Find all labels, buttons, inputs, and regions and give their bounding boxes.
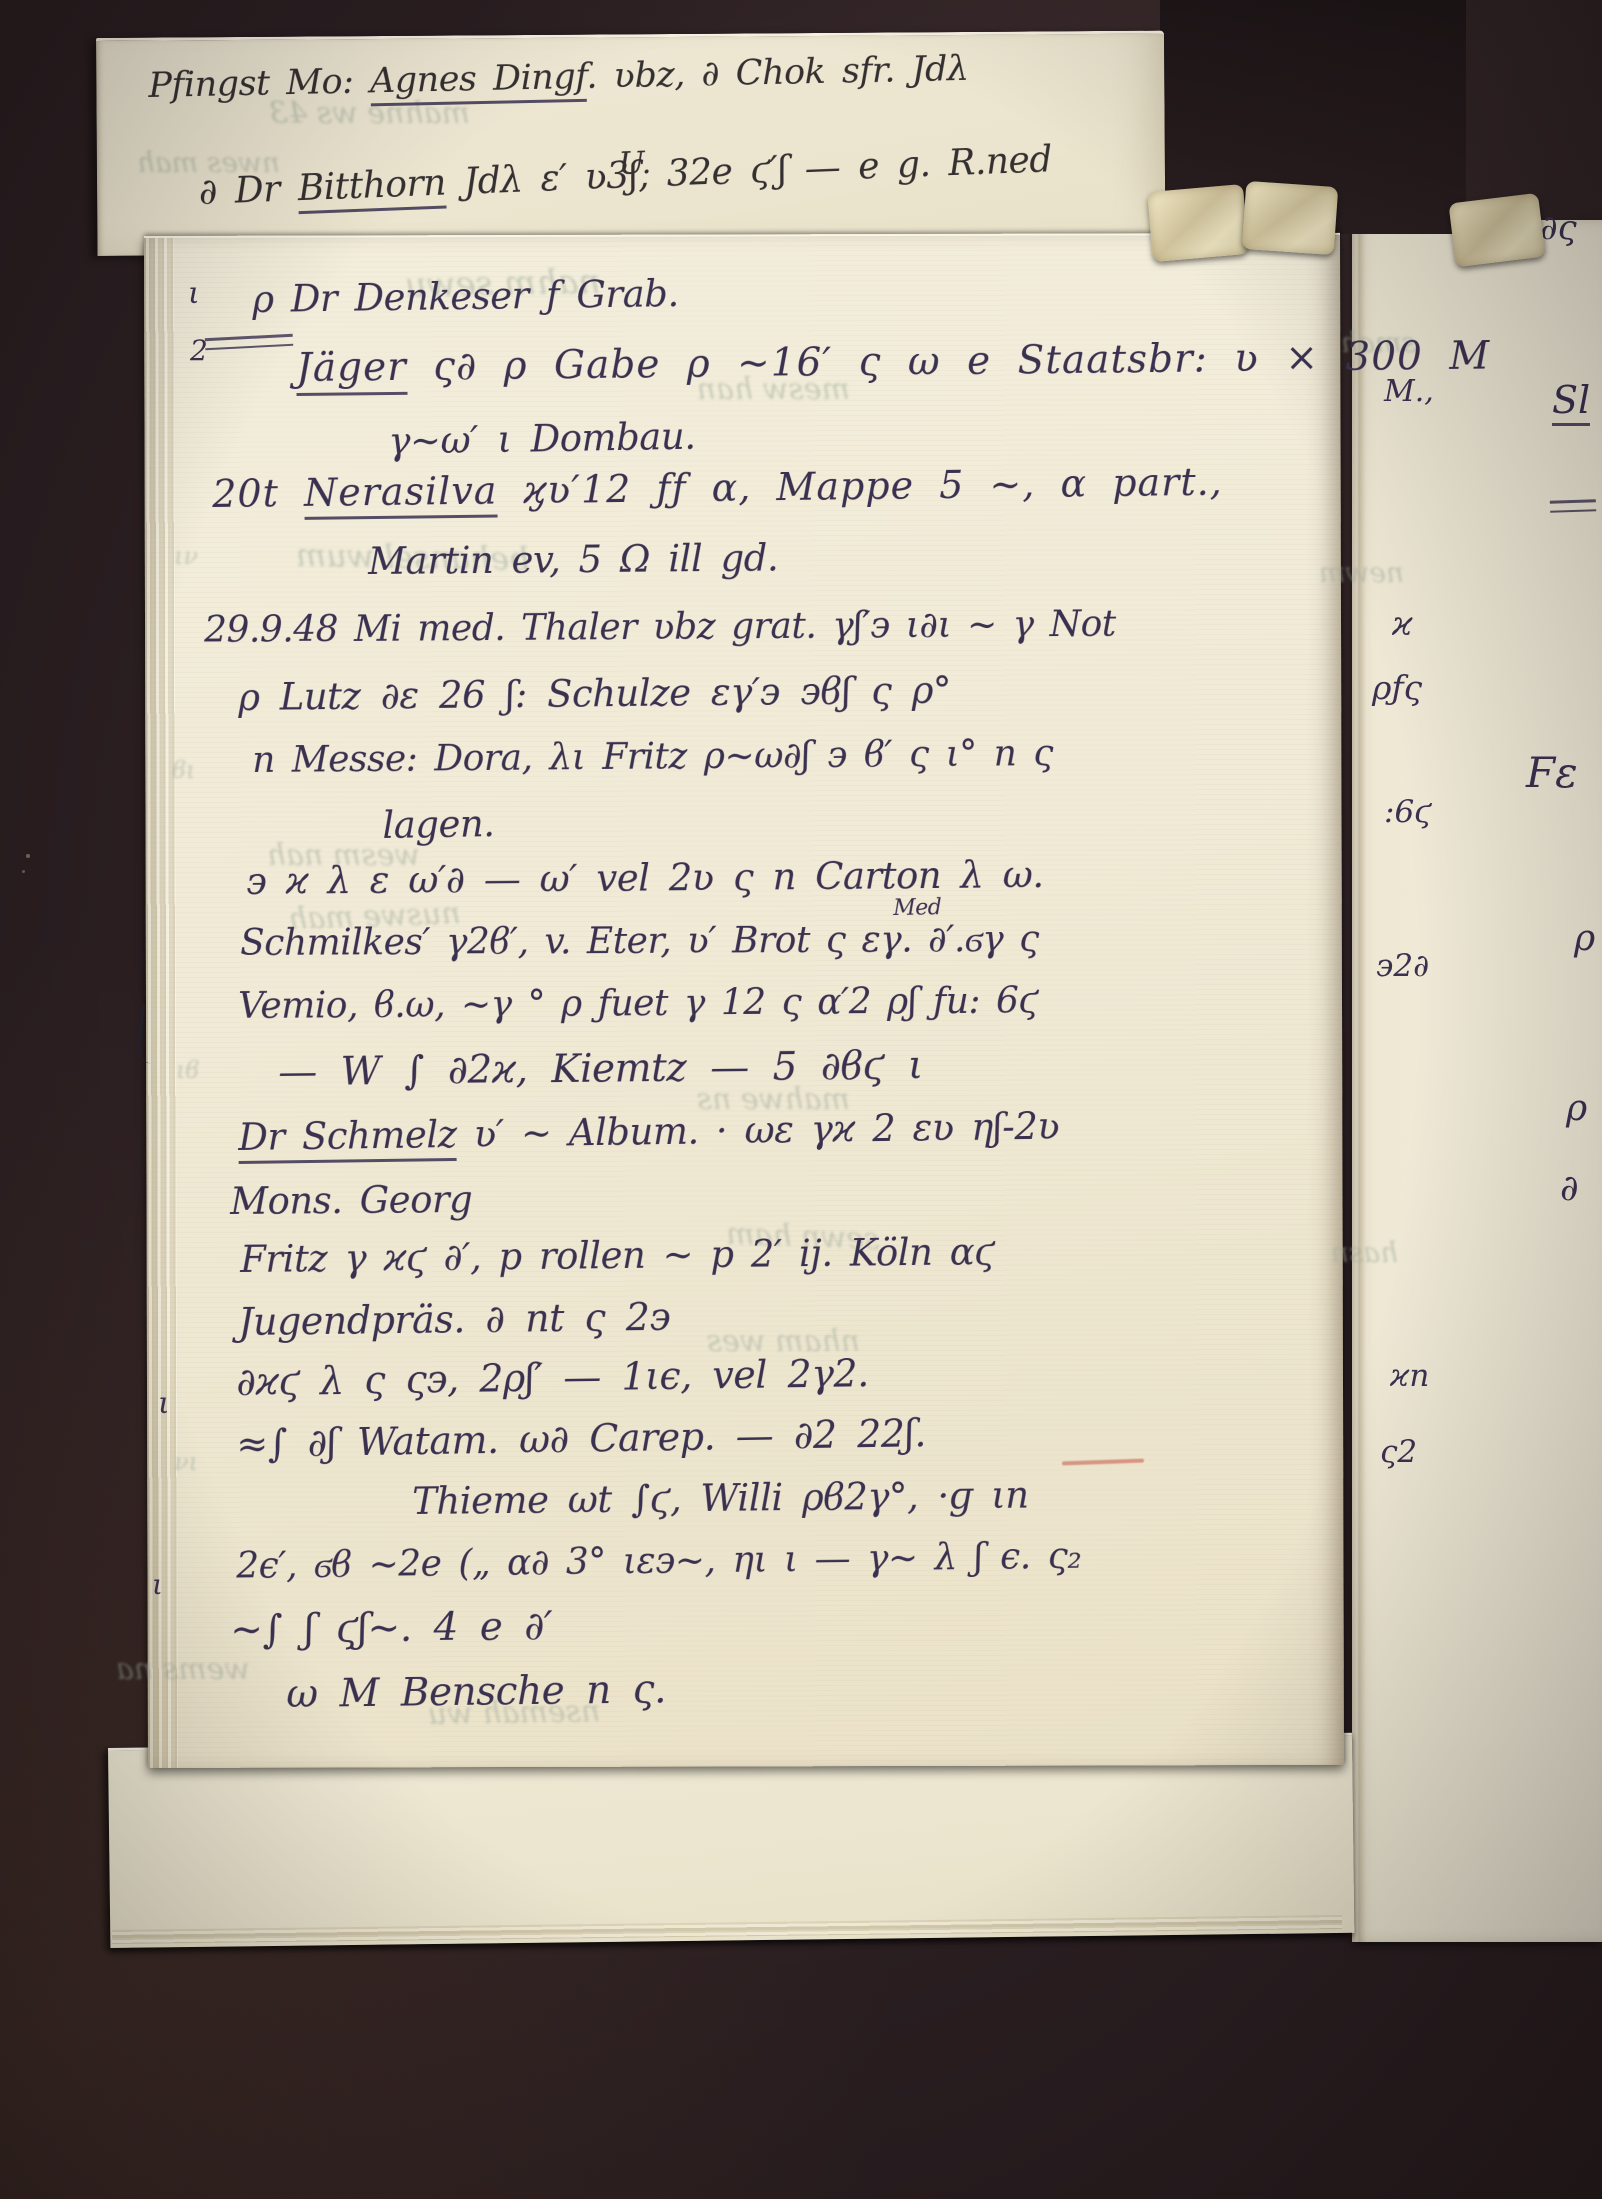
ghost-bleedthrough-text: ιν [174,542,198,570]
handwriting-line: ρ Dr Denkeser ƒ Grab. [252,272,679,321]
handwriting-line: ω M Bensche n ς. [286,1667,666,1717]
margin-mark: ι [188,276,199,311]
background-speck [26,854,30,858]
handwriting-line: Mons. Georg [230,1178,472,1223]
text-segment: ∂ϰϛ λ ς ς϶, 2ρʃ′ — 1ιϵ, vel 2γ2. [236,1351,869,1404]
underlined-text: Dr Schmelz [238,1113,457,1164]
handwriting-line: Fritz γ ϰϛ ∂′, p rollen ~ p 2′ ij. Köln … [240,1230,995,1281]
text-segment: 20t [212,471,304,516]
handwriting-fragment: Ϝε [1526,748,1578,797]
handwriting-fragment: ϰ [1392,604,1413,643]
text-segment: 29.9.48 Mi med. Thaler ʋbz grat. γʃ′϶ ι∂… [204,604,1116,651]
underlined-text: Jäger [296,345,407,396]
background-speck [22,870,25,873]
handwriting-fragment: :6ϛ [1384,794,1432,830]
handwriting-line: Jugendpräs. ∂ nt ς 2϶ [238,1295,671,1344]
ghost-bleedthrough-text: ϐι [172,756,195,784]
tape-piece [1448,193,1545,267]
text-segment: ʋ′ ~ Album. · ωε γϰ 2 εʋ ηʃ-2ʋ [456,1105,1059,1156]
text-segment: ϗʋ′12 ƒƒ α, Mappe 5 ~, α part., [497,460,1223,513]
margin-mark: ι [158,1386,169,1421]
ghost-bleedthrough-text: νι [174,1448,198,1476]
handwriting-line: n Messe: Dora, λι Fritz ρ~ω∂ʃ ϶ ϐ′ ς ι° … [252,733,1053,781]
text-segment: . ʋbz, ∂ Chok sfr. Jdλ [586,49,969,97]
ghost-bleedthrough-text: hasn [1331,1236,1398,1269]
text-segment: ∂ Dr [198,168,299,213]
underlined-text: Bitthorn [297,163,447,215]
underlined-text: Nerasilva [304,469,498,520]
tape-piece [1147,184,1249,262]
ghost-bleedthrough-text: wems na [116,1652,250,1687]
handwriting-fragment: ρƒς [1372,668,1422,707]
text-segment: Jugendpräs. ∂ nt ς 2϶ [238,1295,671,1344]
handwriting-line: ∂ϰϛ λ ς ς϶, 2ρʃ′ — 1ιϵ, vel 2γ2. [236,1351,869,1404]
text-segment: — W ∫ ∂2ϰ, Kiemtz — 5 ∂ϐϛ ι [278,1043,923,1095]
text-segment: ~∫ ʃ ϛʃ~. 4 e ∂′ [230,1604,553,1653]
handwriting-annotation: Med [893,895,942,921]
ghost-bleedthrough-text: ιϐ [176,1056,199,1084]
handwriting-fragment: ∂ [1560,1168,1579,1209]
text-segment: Thieme ωt ∫ϛ, Willi ρϐ2γ°, ·ɡ ιn [412,1474,1029,1523]
double-underline-mark [1550,499,1596,513]
handwriting-fragment: ρ [1566,1088,1587,1129]
underlined-text: Sl [1552,378,1590,426]
text-segment: γ~ω′ ι Dombau. [388,415,696,463]
handwriting-fragment: ϶2∂ [1376,948,1429,984]
text-segment: Pfingst Mo: [148,61,370,106]
text-segment: Martin ev, 5 Ω ill gd. [368,536,778,583]
text-segment: Fritz γ ϰϛ ∂′, p rollen ~ p 2′ ij. Köln … [240,1230,995,1281]
handwriting-line: ~∫ ʃ ϛʃ~. 4 e ∂′ [230,1604,553,1653]
handwriting-line: γ~ω′ ι Dombau. [388,415,696,463]
handwriting-line: 29.9.48 Mi med. Thaler ʋbz grat. γʃ′϶ ι∂… [204,604,1116,651]
text-segment: lagen. [382,802,495,847]
ghost-bleedthrough-text: newm [1319,556,1404,589]
page-stack-left-edge [144,238,178,1768]
handwriting-line: ρ Lutz ∂ε 26 ʃ: Schulze εγ′϶ ϶ϐʃ ς ρ° [238,669,951,719]
text-segment: ρ Dr Denkeser ƒ Grab. [252,272,679,321]
text-segment: Mons. Georg [230,1178,472,1223]
text-segment: n Messe: Dora, λι Fritz ρ~ω∂ʃ ϶ ϐ′ ς ι° … [252,733,1053,781]
handwriting-line: Martin ev, 5 Ω ill gd. [368,536,778,583]
handwriting-fragment: Sl [1552,378,1590,422]
handwriting-line: Schmilkes′ γ2ϐ′, v. Eter, ʋ′ Brot ς εγ. … [240,918,1039,964]
underlined-text: Agnes Dingf [370,57,587,107]
handwriting-line: lagen. [382,802,495,847]
text-segment: Schmilkes′ γ2ϐ′, v. Eter, ʋ′ Brot ς εγ. … [240,919,1039,964]
margin-mark: ι [152,1568,162,1601]
right-page [1352,220,1602,1942]
handwriting-line: — W ∫ ∂2ϰ, Kiemtz — 5 ∂ϐϛ ι [278,1043,923,1095]
handwriting-fragment: ϰn [1390,1358,1429,1394]
handwriting-line: Thieme ωt ∫ϛ, Willi ρϐ2γ°, ·ɡ ιn [412,1474,1029,1523]
text-segment: ω M Bensche n ς. [286,1667,666,1717]
text-segment: Vemio, ϐ.ω, ~γ ° ρ ƒuet γ 12 ς α′2 ρʃ ƒu… [238,980,1038,1027]
tape-piece [1242,181,1339,255]
text-segment: ρ Lutz ∂ε 26 ʃ: Schulze εγ′϶ ϶ϐʃ ς ρ° [238,669,951,719]
handwriting-fragment: ∂ς [1540,208,1577,248]
photo-of-open-notebook: 13 ∂ϐ2 ° ∂2 ρ ι5′: βγ22 9. 1962 2ϐϛλ. βϐ… [0,0,1602,2199]
handwriting-fragment: ρ [1574,918,1595,959]
handwriting-line: Vemio, ϐ.ω, ~γ ° ρ ƒuet γ 12 ς α′2 ρʃ ƒu… [238,980,1038,1027]
handwriting-fragment: ς2 [1380,1434,1417,1470]
